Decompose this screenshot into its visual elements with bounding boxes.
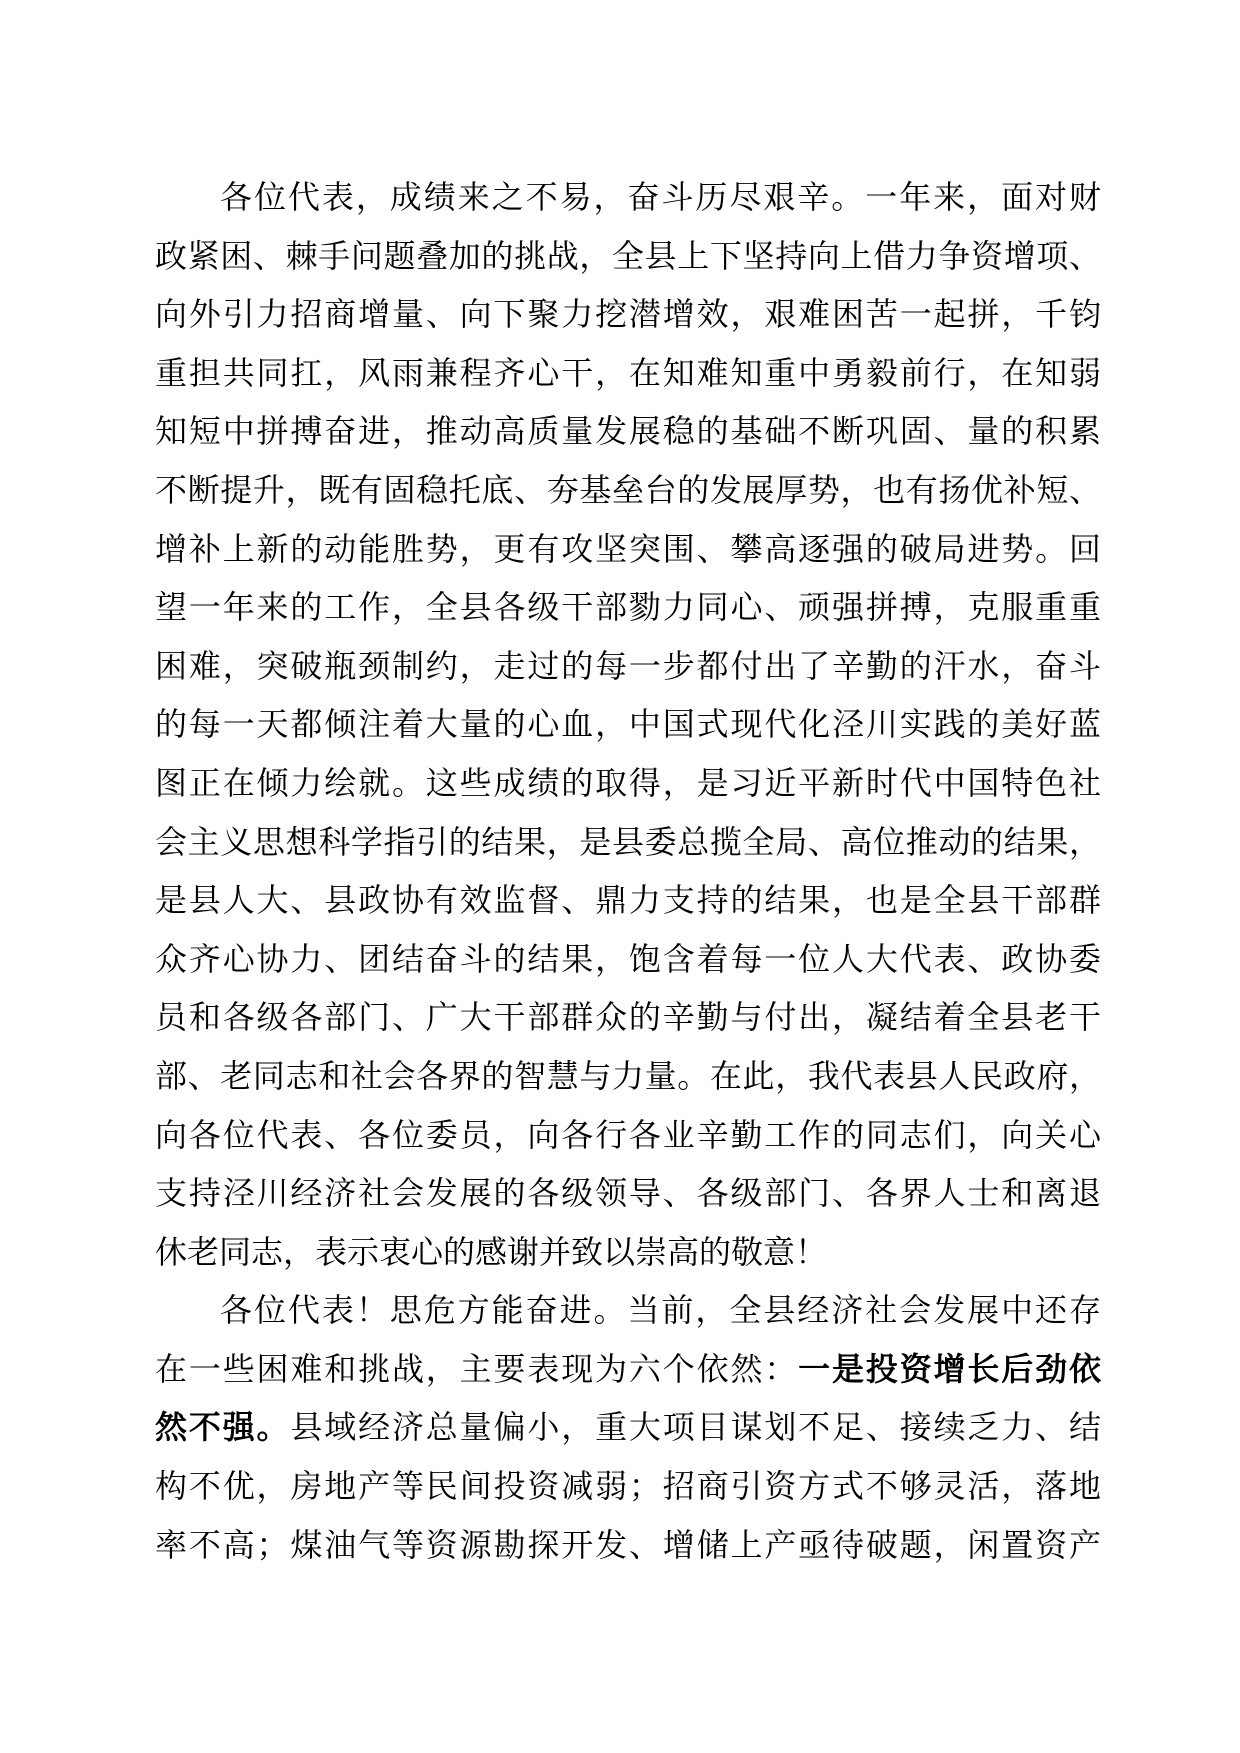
text-segment: 向外引力招商增量、向下聚力挖潜增效，艰难困苦一起拼，千钧 xyxy=(155,296,1101,332)
text-segment: 图正在倾力绘就。这些成绩的取得，是习近平新时代中国特色社 xyxy=(155,765,1101,801)
text-segment: 员和各级各部门、广大干部群众的辛勤与付出，凝结着全县老干 xyxy=(155,999,1101,1035)
text-segment: 部、老同志和社会各界的智慧与力量。在此，我代表县人民政府， xyxy=(155,1058,1101,1094)
text-line: 增补上新的动能胜势，更有攻坚突围、攀高逐强的破局进势。回 xyxy=(155,520,1101,579)
text-segment: 各位代表，成绩来之不易，奋斗历尽艰辛。一年来，面对财 xyxy=(220,179,1101,215)
text-segment: 不断提升，既有固稳托底、夯基垒台的发展厚势，也有扬优补短、 xyxy=(155,472,1101,508)
text-line: 各位代表！思危方能奋进。当前，全县经济社会发展中还存 xyxy=(155,1281,1101,1340)
paragraph-difficulties-and-challenges: 各位代表！思危方能奋进。当前，全县经济社会发展中还存 在一些困难和挑战，主要表现… xyxy=(155,1281,1101,1574)
text-segment-bold-emphasis: 一是投资增长后劲依 xyxy=(798,1351,1101,1387)
text-segment: 支持泾川经济社会发展的各级领导、各级部门、各界人士和离退 xyxy=(155,1175,1101,1211)
text-line: 然不强。县域经济总量偏小，重大项目谋划不足、接续乏力、结 xyxy=(155,1398,1101,1457)
text-line: 构不优，房地产等民间投资减弱；招商引资方式不够灵活，落地 xyxy=(155,1457,1101,1516)
text-segment: 的每一天都倾注着大量的心血，中国式现代化泾川实践的美好蓝 xyxy=(155,706,1101,742)
text-segment: 是县人大、县政协有效监督、鼎力支持的结果，也是全县干部群 xyxy=(155,882,1101,918)
paragraph-achievements-and-gratitude: 各位代表，成绩来之不易，奋斗历尽艰辛。一年来，面对财 政紧困、棘手问题叠加的挑战… xyxy=(155,168,1101,1281)
text-line: 支持泾川经济社会发展的各级领导、各级部门、各界人士和离退 xyxy=(155,1164,1101,1223)
text-line: 率不高；煤油气等资源勘探开发、增储上产亟待破题，闲置资产 xyxy=(155,1516,1101,1575)
text-line: 在一些困难和挑战，主要表现为六个依然：一是投资增长后劲依 xyxy=(155,1340,1101,1399)
text-line: 各位代表，成绩来之不易，奋斗历尽艰辛。一年来，面对财 xyxy=(155,168,1101,227)
text-line: 望一年来的工作，全县各级干部勠力同心、顽强拼搏，克服重重 xyxy=(155,578,1101,637)
text-line: 众齐心协力、团结奋斗的结果，饱含着每一位人大代表、政协委 xyxy=(155,930,1101,989)
text-segment: 休老同志，表示衷心的感谢并致以崇高的敬意！ xyxy=(155,1234,827,1270)
text-line: 知短中拼搏奋进，推动高质量发展稳的基础不断巩固、量的积累 xyxy=(155,402,1101,461)
text-line: 部、老同志和社会各界的智慧与力量。在此，我代表县人民政府， xyxy=(155,1047,1101,1106)
text-segment: 会主义思想科学指引的结果，是县委总揽全局、高位推动的结果， xyxy=(155,824,1101,860)
text-line: 向外引力招商增量、向下聚力挖潜增效，艰难困苦一起拼，千钧 xyxy=(155,285,1101,344)
text-line: 图正在倾力绘就。这些成绩的取得，是习近平新时代中国特色社 xyxy=(155,754,1101,813)
text-segment: 在一些困难和挑战，主要表现为六个依然： xyxy=(155,1351,798,1387)
text-segment: 向各位代表、各位委员，向各行各业辛勤工作的同志们，向关心 xyxy=(155,1117,1101,1153)
text-segment: 增补上新的动能胜势，更有攻坚突围、攀高逐强的破局进势。回 xyxy=(155,531,1101,567)
text-line: 向各位代表、各位委员，向各行各业辛勤工作的同志们，向关心 xyxy=(155,1106,1101,1165)
text-line: 是县人大、县政协有效监督、鼎力支持的结果，也是全县干部群 xyxy=(155,871,1101,930)
text-segment-bold-emphasis: 然不强。 xyxy=(155,1409,290,1445)
text-segment: 知短中拼搏奋进，推动高质量发展稳的基础不断巩固、量的积累 xyxy=(155,413,1101,449)
text-line: 政紧困、棘手问题叠加的挑战，全县上下坚持向上借力争资增项、 xyxy=(155,227,1101,286)
document-page: { "page": { "background": "#ffffff", "te… xyxy=(0,0,1240,1753)
text-line: 重担共同扛，风雨兼程齐心干，在知难知重中勇毅前行，在知弱 xyxy=(155,344,1101,403)
text-line: 的每一天都倾注着大量的心血，中国式现代化泾川实践的美好蓝 xyxy=(155,695,1101,754)
document-body: 各位代表，成绩来之不易，奋斗历尽艰辛。一年来，面对财 政紧困、棘手问题叠加的挑战… xyxy=(155,168,1101,1574)
text-segment: 构不优，房地产等民间投资减弱；招商引资方式不够灵活，落地 xyxy=(155,1468,1101,1504)
text-line: 困难，突破瓶颈制约，走过的每一步都付出了辛勤的汗水，奋斗 xyxy=(155,637,1101,696)
text-segment: 率不高；煤油气等资源勘探开发、增储上产亟待破题，闲置资产 xyxy=(155,1527,1101,1563)
text-segment: 重担共同扛，风雨兼程齐心干，在知难知重中勇毅前行，在知弱 xyxy=(155,355,1101,391)
text-line: 员和各级各部门、广大干部群众的辛勤与付出，凝结着全县老干 xyxy=(155,988,1101,1047)
text-segment: 政紧困、棘手问题叠加的挑战，全县上下坚持向上借力争资增项、 xyxy=(155,238,1101,274)
text-segment: 各位代表！思危方能奋进。当前，全县经济社会发展中还存 xyxy=(220,1292,1101,1328)
text-line: 不断提升，既有固稳托底、夯基垒台的发展厚势，也有扬优补短、 xyxy=(155,461,1101,520)
text-segment: 众齐心协力、团结奋斗的结果，饱含着每一位人大代表、政协委 xyxy=(155,941,1101,977)
text-segment: 望一年来的工作，全县各级干部勠力同心、顽强拼搏，克服重重 xyxy=(155,589,1101,625)
text-line: 会主义思想科学指引的结果，是县委总揽全局、高位推动的结果， xyxy=(155,813,1101,872)
text-line-paragraph-end: 休老同志，表示衷心的感谢并致以崇高的敬意！ xyxy=(155,1223,1101,1282)
text-segment: 县域经济总量偏小，重大项目谋划不足、接续乏力、结 xyxy=(290,1409,1101,1445)
text-segment: 困难，突破瓶颈制约，走过的每一步都付出了辛勤的汗水，奋斗 xyxy=(155,648,1101,684)
